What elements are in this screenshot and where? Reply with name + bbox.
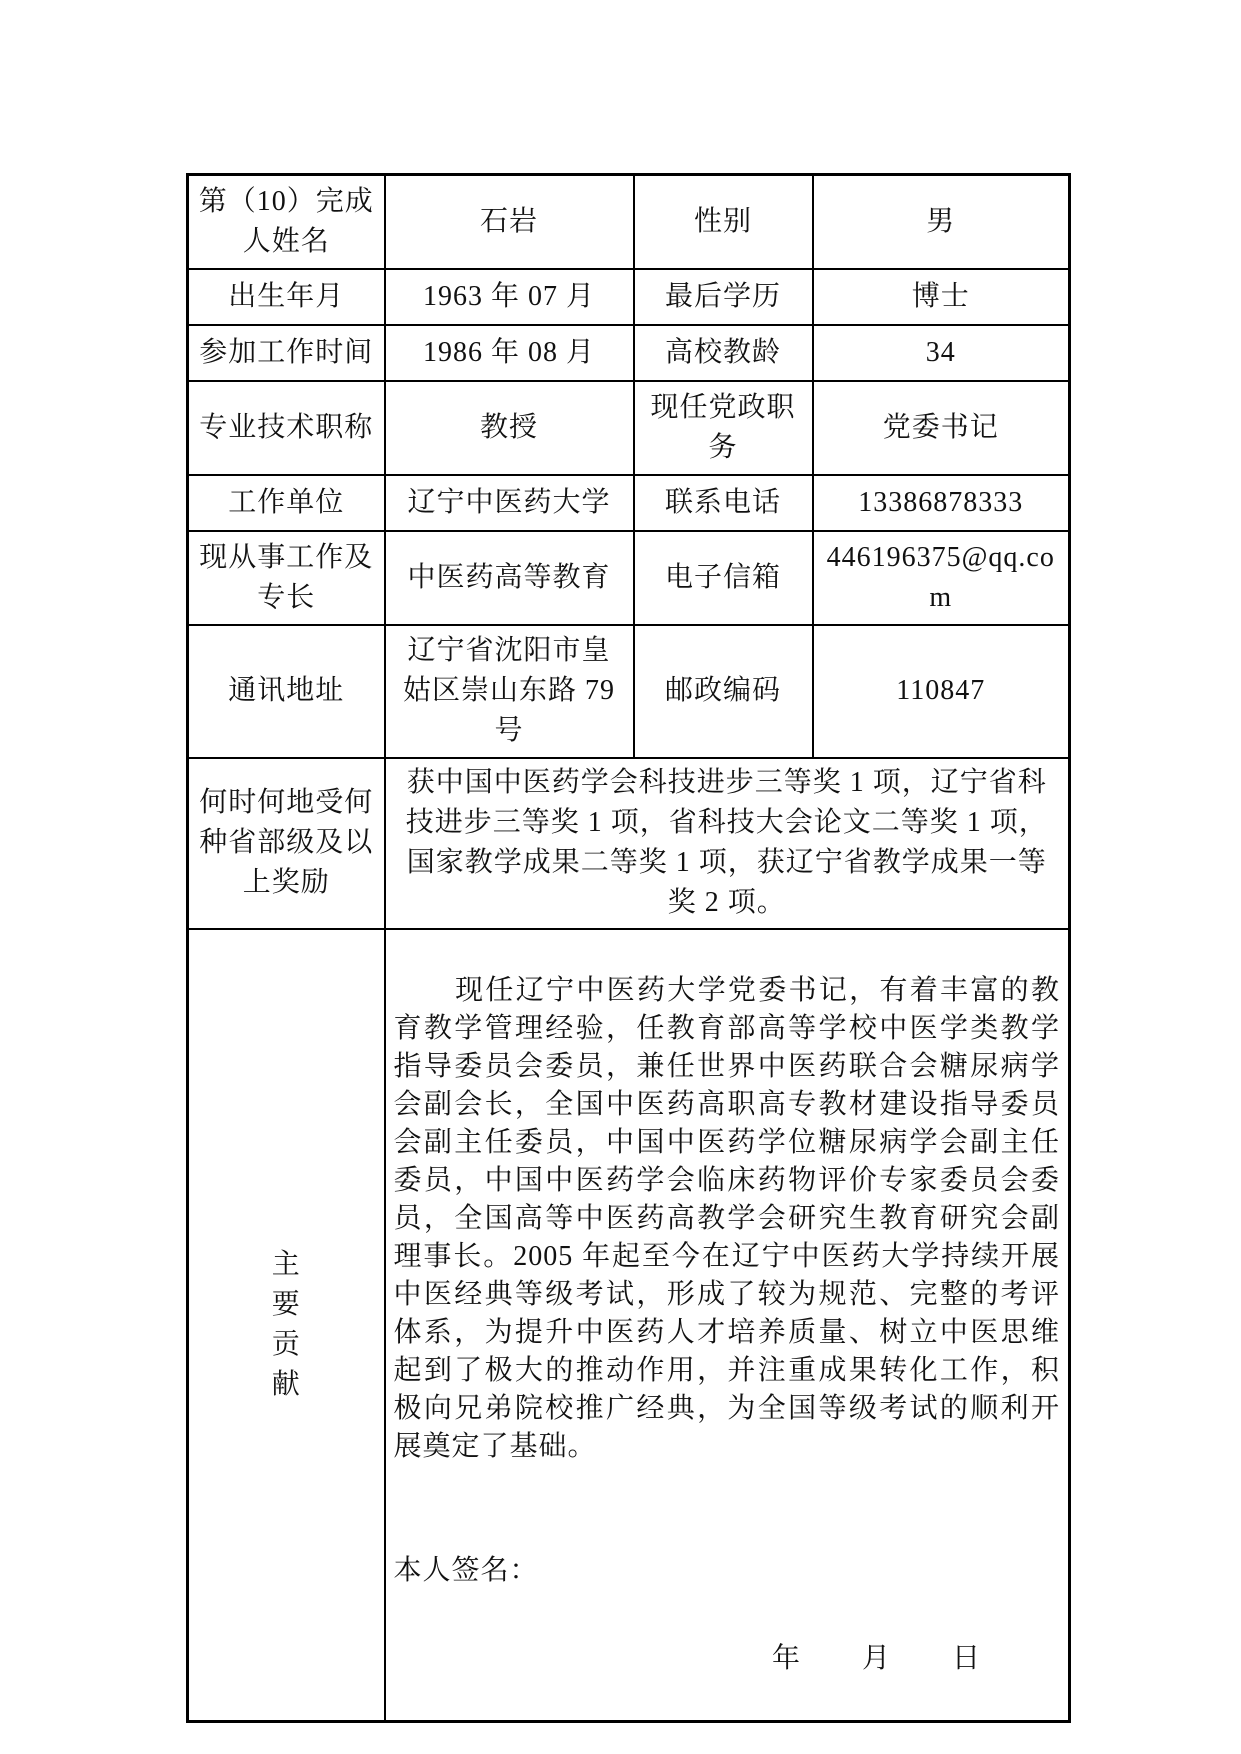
table-row: 参加工作时间 1986 年 08 月 高校教龄 34 bbox=[188, 325, 1070, 381]
value-final-degree: 博士 bbox=[813, 269, 1070, 325]
value-email: 446196375@qq.com bbox=[813, 531, 1070, 625]
table-row-contribution: 主 要 贡 献 现任辽宁中医药大学党委书记，有着丰富的教育教学管理经验，任教育部… bbox=[188, 929, 1070, 1722]
label-work-start-time: 参加工作时间 bbox=[188, 325, 385, 381]
label-final-degree: 最后学历 bbox=[634, 269, 813, 325]
signature-label: 本人签名： bbox=[394, 1552, 1061, 1590]
label-gender: 性别 bbox=[634, 175, 813, 269]
label-email: 电子信箱 bbox=[634, 531, 813, 625]
table-row: 第（10）完成 人姓名 石岩 性别 男 bbox=[188, 175, 1070, 269]
table-row: 专业技术职称 教授 现任党政职 务 党委书记 bbox=[188, 381, 1070, 475]
value-completer-name: 石岩 bbox=[385, 175, 634, 269]
value-mailing-address: 辽宁省沈阳市皇姑区崇山东路 79 号 bbox=[385, 625, 634, 758]
table-row: 出生年月 1963 年 07 月 最后学历 博士 bbox=[188, 269, 1070, 325]
completer-info-table: 第（10）完成 人姓名 石岩 性别 男 出生年月 1963 年 07 月 最后学… bbox=[186, 173, 1071, 1723]
table-row: 工作单位 辽宁中医药大学 联系电话 13386878333 bbox=[188, 475, 1070, 531]
contribution-label: 主 要 贡 献 bbox=[188, 929, 385, 1722]
value-work-unit: 辽宁中医药大学 bbox=[385, 475, 634, 531]
value-phone: 13386878333 bbox=[813, 475, 1070, 531]
value-gender: 男 bbox=[813, 175, 1070, 269]
label-completer-name: 第（10）完成 人姓名 bbox=[188, 175, 385, 269]
value-postal-code: 110847 bbox=[813, 625, 1070, 758]
date-line: 年 月 日 bbox=[394, 1640, 1061, 1678]
label-professional-title: 专业技术职称 bbox=[188, 381, 385, 475]
contribution-paragraph: 现任辽宁中医药大学党委书记，有着丰富的教育教学管理经验，任教育部高等学校中医学类… bbox=[394, 972, 1061, 1466]
awards-content: 获中国中医药学会科技进步三等奖 1 项，辽宁省科技进步三等奖 1 项，省科技大会… bbox=[385, 758, 1070, 929]
document-page: 第（10）完成 人姓名 石岩 性别 男 出生年月 1963 年 07 月 最后学… bbox=[0, 0, 1241, 1754]
value-teaching-years: 34 bbox=[813, 325, 1070, 381]
label-current-work: 现从事工作及 专长 bbox=[188, 531, 385, 625]
label-birth-date: 出生年月 bbox=[188, 269, 385, 325]
value-professional-title: 教授 bbox=[385, 381, 634, 475]
value-work-start-time: 1986 年 08 月 bbox=[385, 325, 634, 381]
label-postal-code: 邮政编码 bbox=[634, 625, 813, 758]
label-mailing-address: 通讯地址 bbox=[188, 625, 385, 758]
value-party-position: 党委书记 bbox=[813, 381, 1070, 475]
table-row: 通讯地址 辽宁省沈阳市皇姑区崇山东路 79 号 邮政编码 110847 bbox=[188, 625, 1070, 758]
label-teaching-years: 高校教龄 bbox=[634, 325, 813, 381]
value-current-work: 中医药高等教育 bbox=[385, 531, 634, 625]
label-work-unit: 工作单位 bbox=[188, 475, 385, 531]
value-birth-date: 1963 年 07 月 bbox=[385, 269, 634, 325]
table-row-awards: 何时何地受何 种省部级及以 上奖励 获中国中医药学会科技进步三等奖 1 项，辽宁… bbox=[188, 758, 1070, 929]
contribution-cell: 现任辽宁中医药大学党委书记，有着丰富的教育教学管理经验，任教育部高等学校中医学类… bbox=[385, 929, 1070, 1722]
label-party-position: 现任党政职 务 bbox=[634, 381, 813, 475]
label-phone: 联系电话 bbox=[634, 475, 813, 531]
awards-label: 何时何地受何 种省部级及以 上奖励 bbox=[188, 758, 385, 929]
table-row: 现从事工作及 专长 中医药高等教育 电子信箱 446196375@qq.com bbox=[188, 531, 1070, 625]
